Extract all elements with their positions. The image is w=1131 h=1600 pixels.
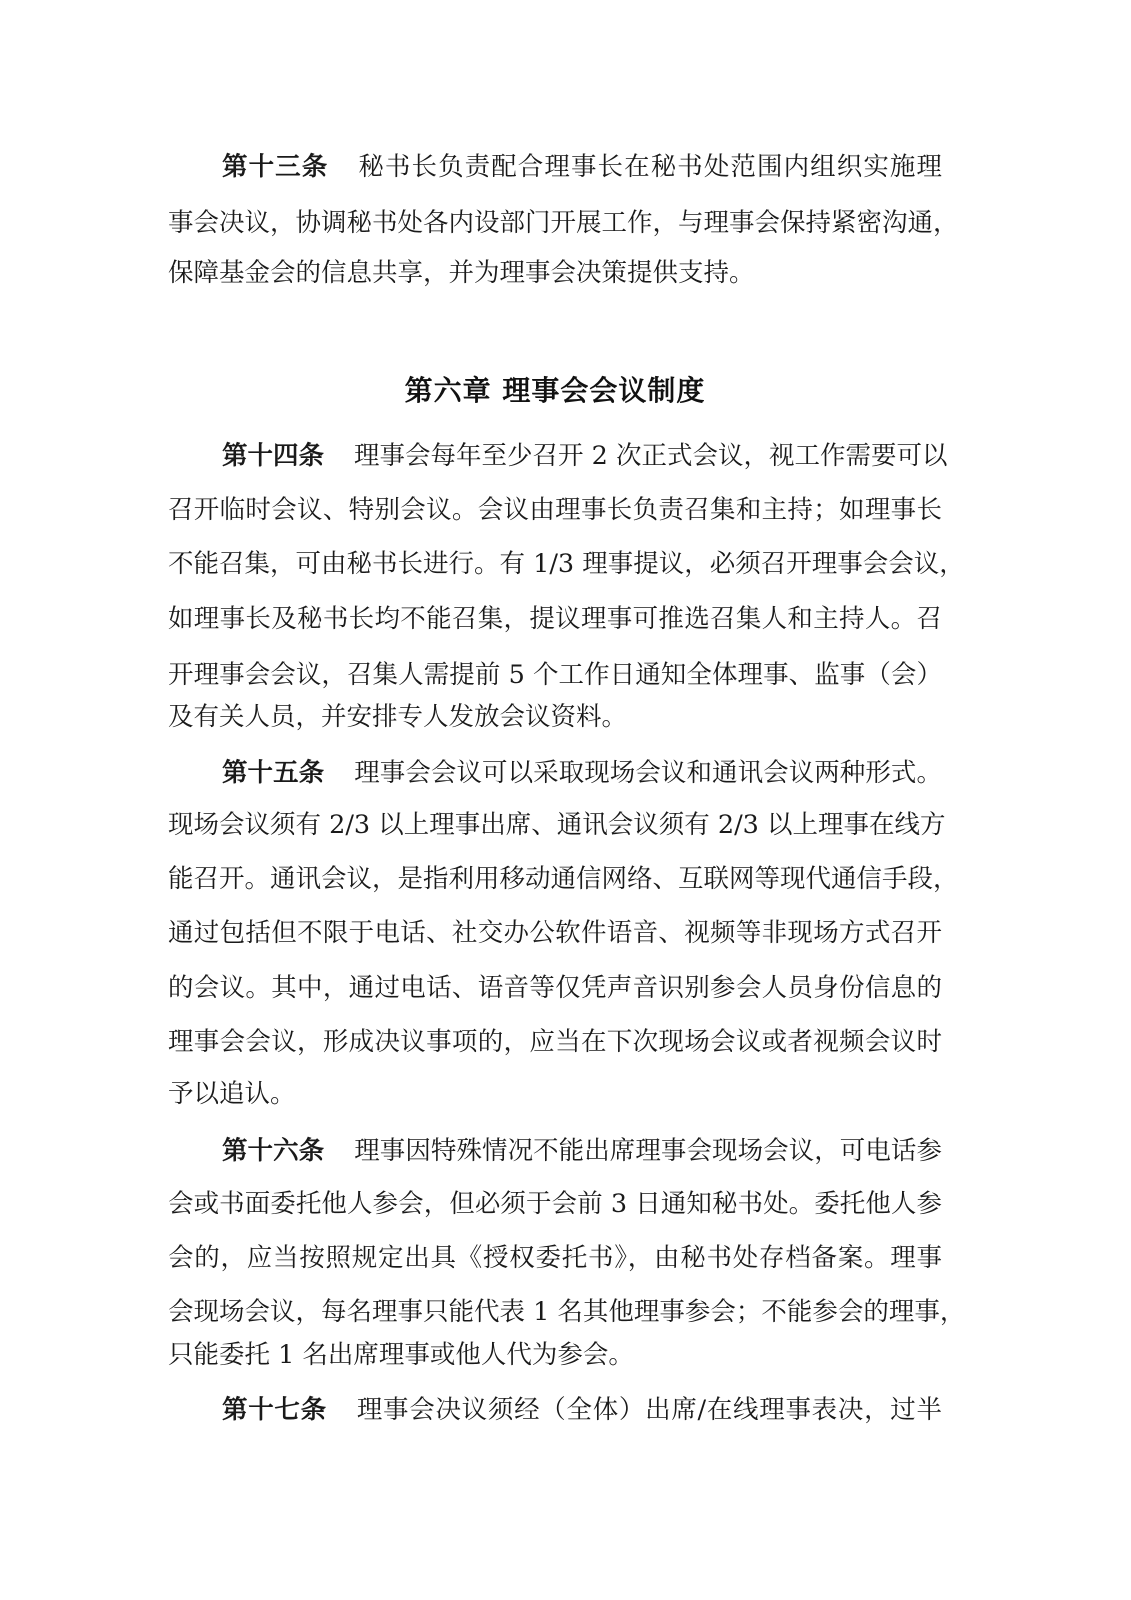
article-number: 第十四条	[222, 441, 324, 471]
article-text: 理事会每年至少召开 2 次正式会议，视工作需要可以	[354, 441, 947, 471]
article-text: 理事因特殊情况不能出席理事会现场会议，可电话参	[354, 1136, 942, 1166]
article-line: 的会议。其中，通过电话、语音等仅凭声音识别参会人员身份信息的	[168, 968, 942, 1008]
article-number: 第十六条	[222, 1136, 324, 1166]
article-line: 第十七条理事会决议须经（全体）出席/在线理事表决，过半	[222, 1390, 942, 1430]
article-number: 第十五条	[222, 758, 324, 788]
article-line: 予以追认。	[168, 1074, 942, 1114]
article-line: 事会决议，协调秘书处各内设部门开展工作，与理事会保持紧密沟通，	[168, 203, 942, 243]
article-line: 只能委托 1 名出席理事或他人代为参会。	[168, 1335, 942, 1375]
article-line: 第十四条理事会每年至少召开 2 次正式会议，视工作需要可以	[222, 436, 942, 476]
article-line: 召开临时会议、特别会议。会议由理事长负责召集和主持；如理事长	[168, 490, 942, 530]
article-number: 第十七条	[222, 1395, 327, 1425]
article-line: 现场会议须有 2/3 以上理事出席、通讯会议须有 2/3 以上理事在线方	[168, 805, 942, 845]
article-line: 及有关人员，并安排专人发放会议资料。	[168, 697, 942, 737]
article-text: 秘书长负责配合理事长在秘书处范围内组织实施理	[358, 152, 942, 182]
article-text: 理事会会议可以采取现场会议和通讯会议两种形式。	[354, 758, 942, 788]
chapter-title: 第六章 理事会会议制度	[0, 369, 1110, 413]
article-line: 会现场会议，每名理事只能代表 1 名其他理事参会；不能参会的理事，	[168, 1292, 942, 1332]
article-line: 开理事会会议，召集人需提前 5 个工作日通知全体理事、监事（会）	[168, 655, 942, 695]
article-line: 如理事长及秘书长均不能召集，提议理事可推选召集人和主持人。召	[168, 599, 942, 639]
article-line: 能召开。通讯会议，是指利用移动通信网络、互联网等现代通信手段，	[168, 859, 942, 899]
article-line: 第十六条理事因特殊情况不能出席理事会现场会议，可电话参	[222, 1131, 942, 1171]
article-line: 保障基金会的信息共享，并为理事会决策提供支持。	[168, 253, 942, 293]
article-line: 第十三条秘书长负责配合理事长在秘书处范围内组织实施理	[222, 147, 942, 187]
article-line: 会的，应当按照规定出具《授权委托书》，由秘书处存档备案。理事	[168, 1238, 942, 1278]
article-line: 不能召集，可由秘书长进行。有 1/3 理事提议，必须召开理事会会议，	[168, 544, 942, 584]
document-page: 第十三条秘书长负责配合理事长在秘书处范围内组织实施理 事会决议，协调秘书处各内设…	[0, 0, 1131, 1600]
article-number: 第十三条	[222, 152, 328, 182]
article-line: 通过包括但不限于电话、社交办公软件语音、视频等非现场方式召开	[168, 913, 942, 953]
article-line: 会或书面委托他人参会，但必须于会前 3 日通知秘书处。委托他人参	[168, 1184, 942, 1224]
article-text: 理事会决议须经（全体）出席/在线理事表决，过半	[357, 1395, 942, 1425]
article-line: 理事会会议，形成决议事项的，应当在下次现场会议或者视频会议时	[168, 1022, 942, 1062]
article-line: 第十五条理事会会议可以采取现场会议和通讯会议两种形式。	[222, 753, 942, 793]
